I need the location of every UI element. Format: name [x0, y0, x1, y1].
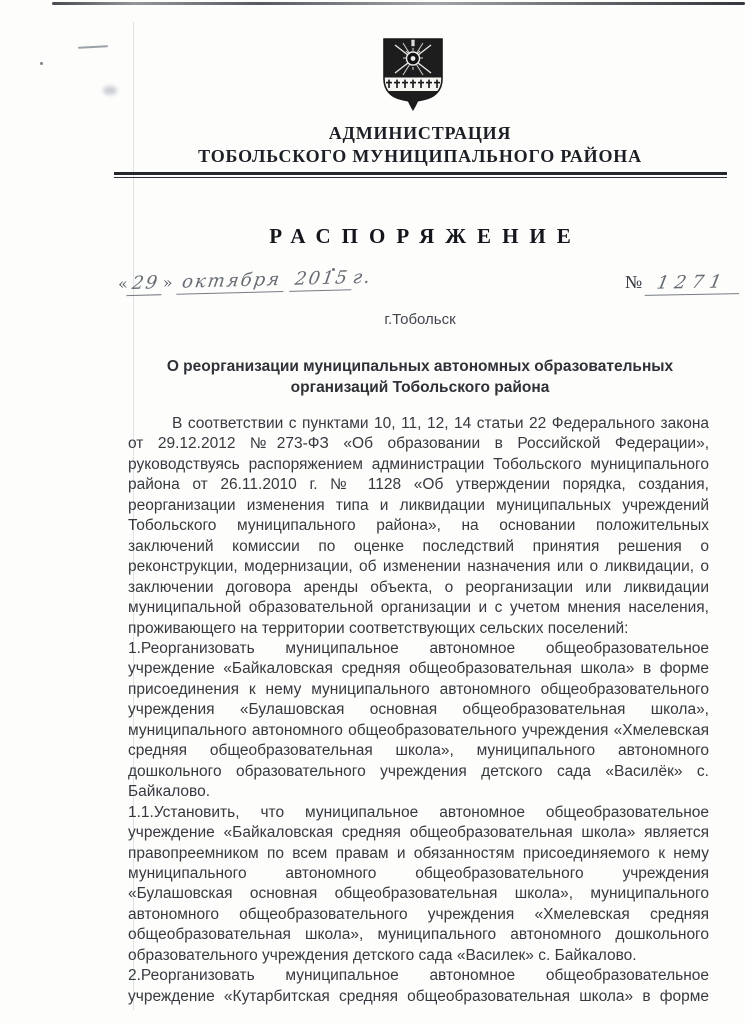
- handwritten-date: «29» октября 2015г.: [118, 267, 372, 297]
- document-number: № 1271: [625, 272, 741, 295]
- body-paragraph-preamble: В соответствии с пунктами 10, 11, 12, 14…: [128, 414, 709, 639]
- scan-artifact-dot: [40, 62, 43, 65]
- document-type-heading: РАСПОРЯЖЕНИЕ: [95, 224, 745, 249]
- date-day: 29: [126, 272, 164, 296]
- body-paragraph-item-2: 2.Реорганизовать муниципальное автономно…: [128, 966, 709, 1007]
- number-value-handwritten: 1271: [644, 271, 743, 296]
- body-paragraph-item-1-1: 1.1.Установить, что муниципальное автоно…: [128, 803, 709, 967]
- organization-name-line1: АДМИНИСТРАЦИЯ: [95, 122, 745, 145]
- date-month: октября: [177, 269, 287, 295]
- number-label: №: [625, 272, 642, 292]
- organization-name: АДМИНИСТРАЦИЯ ТОБОЛЬСКОГО МУНИЦИПАЛЬНОГО…: [95, 122, 745, 168]
- header-divider-rule: [114, 172, 727, 178]
- scan-artifact-smudge: [103, 86, 117, 95]
- coat-of-arms-emblem: [381, 36, 445, 112]
- body-paragraph-item-1: 1.Реорганизовать муниципальное автономно…: [128, 639, 709, 803]
- place-line: г.Тобольск: [95, 311, 745, 328]
- scan-artifact-top-line: [52, 2, 745, 5]
- date-year: 2015: [289, 267, 354, 292]
- scanned-document-page: АДМИНИСТРАЦИЯ ТОБОЛЬСКОГО МУНИЦИПАЛЬНОГО…: [0, 0, 745, 1024]
- date-year-suffix: г.: [351, 267, 373, 289]
- coat-of-arms-icon: [381, 36, 445, 112]
- document-title: О реорганизации муниципальных автономных…: [130, 356, 710, 398]
- organization-name-line2: ТОБОЛЬСКОГО МУНИЦИПАЛЬНОГО РАЙОНА: [95, 145, 745, 168]
- scan-artifact-dash: [78, 45, 108, 49]
- document-body: В соответствии с пунктами 10, 11, 12, 14…: [128, 414, 709, 1007]
